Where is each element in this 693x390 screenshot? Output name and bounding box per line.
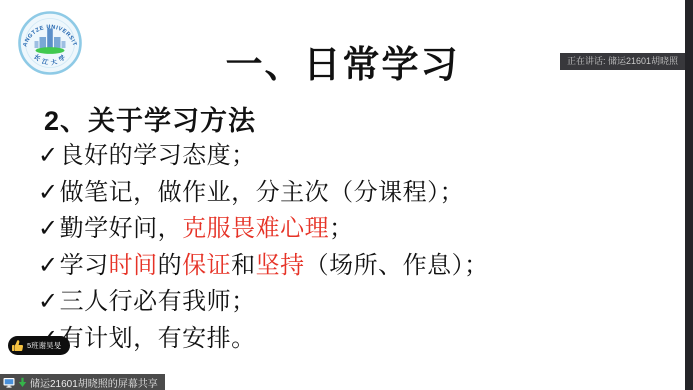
window-edge-strip bbox=[685, 0, 693, 390]
bullet-text-segment: 学习 bbox=[60, 252, 109, 279]
checkmark-icon: ✓ bbox=[38, 215, 59, 242]
speaking-indicator-badge: 正在讲话: 储运21601胡晓照 bbox=[560, 53, 685, 70]
bullet-text-segment: （场所、作息）； bbox=[305, 252, 489, 279]
checkmark-icon: ✓ bbox=[38, 142, 59, 169]
bullet-text-segment: 做笔记，做作业，分主次（分课程）； bbox=[60, 179, 465, 206]
bullet-list: ✓良好的学习态度；✓做笔记，做作业，分主次（分课程）；✓勤学好问，克服畏难心理；… bbox=[38, 138, 658, 357]
bullet-line: ✓有计划，有安排。 bbox=[38, 321, 658, 358]
screen-share-label: 储运21601胡晓照的屏幕共享 bbox=[30, 375, 158, 390]
bullet-line: ✓学习时间的保证和坚持（场所、作息）； bbox=[38, 248, 658, 285]
bullet-text-segment: 克服畏难心理 bbox=[182, 215, 329, 242]
screen-share-bar: 储运21601胡晓照的屏幕共享 bbox=[0, 374, 165, 390]
slide-subtitle: 2、关于学习方法 bbox=[44, 99, 256, 138]
checkmark-icon: ✓ bbox=[38, 288, 59, 315]
monitor-icon bbox=[3, 377, 15, 388]
checkmark-icon: ✓ bbox=[38, 179, 59, 206]
meeting-shared-screen: YANGTZE UNIVERSITY 长 江 大 学 一、日常学习 2、关于学习… bbox=[0, 0, 693, 390]
bullet-text-segment: 和 bbox=[231, 252, 256, 279]
bullet-text-segment: 勤学好问， bbox=[60, 215, 183, 242]
bullet-line: ✓做笔记，做作业，分主次（分课程）； bbox=[38, 175, 658, 212]
bullet-text-segment: 坚持 bbox=[256, 252, 305, 279]
bullet-line: ✓三人行必有我师； bbox=[38, 284, 658, 321]
bullet-line: ✓勤学好问，克服畏难心理； bbox=[38, 211, 658, 248]
checkmark-icon: ✓ bbox=[38, 252, 59, 279]
reaction-sender-label: 5班谢昊旻 bbox=[27, 340, 61, 351]
bullet-line: ✓良好的学习态度； bbox=[38, 138, 658, 175]
bullet-text-segment: 有计划，有安排。 bbox=[60, 325, 256, 352]
bullet-text-segment: 三人行必有我师； bbox=[60, 288, 256, 315]
bullet-text-segment: 时间 bbox=[109, 252, 158, 279]
bullet-text-segment: 保证 bbox=[182, 252, 231, 279]
bullet-text-segment: 的 bbox=[158, 252, 183, 279]
bullet-text-segment: ； bbox=[329, 215, 354, 242]
reaction-badge: 5班谢昊旻 bbox=[8, 336, 70, 355]
thumbs-up-icon bbox=[11, 339, 24, 352]
audio-down-arrow-icon bbox=[18, 377, 27, 388]
bullet-text-segment: 良好的学习态度； bbox=[60, 142, 256, 169]
